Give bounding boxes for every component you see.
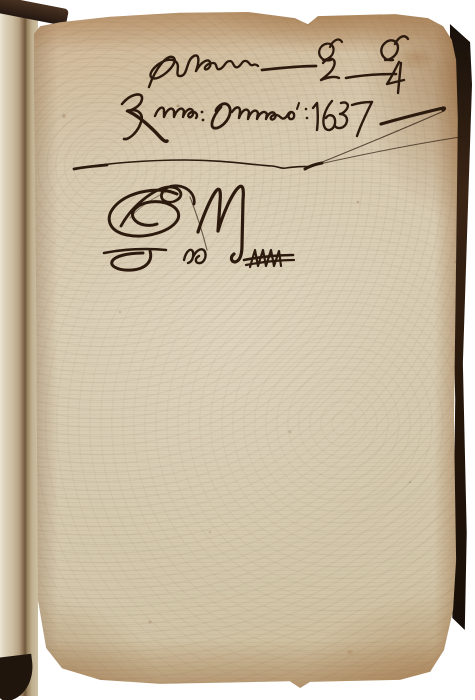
price-inscription-ink [149, 36, 408, 93]
date-inscription-ink [74, 94, 467, 169]
photo-of-book-flyleaf: { "meta": { "description": "Photograph o… [0, 0, 475, 700]
book: pretium — 2s — 4d Anno: Domini: 1637 M (… [0, 0, 475, 700]
handwriting-layer [0, 0, 475, 700]
initials-ink [104, 249, 294, 270]
